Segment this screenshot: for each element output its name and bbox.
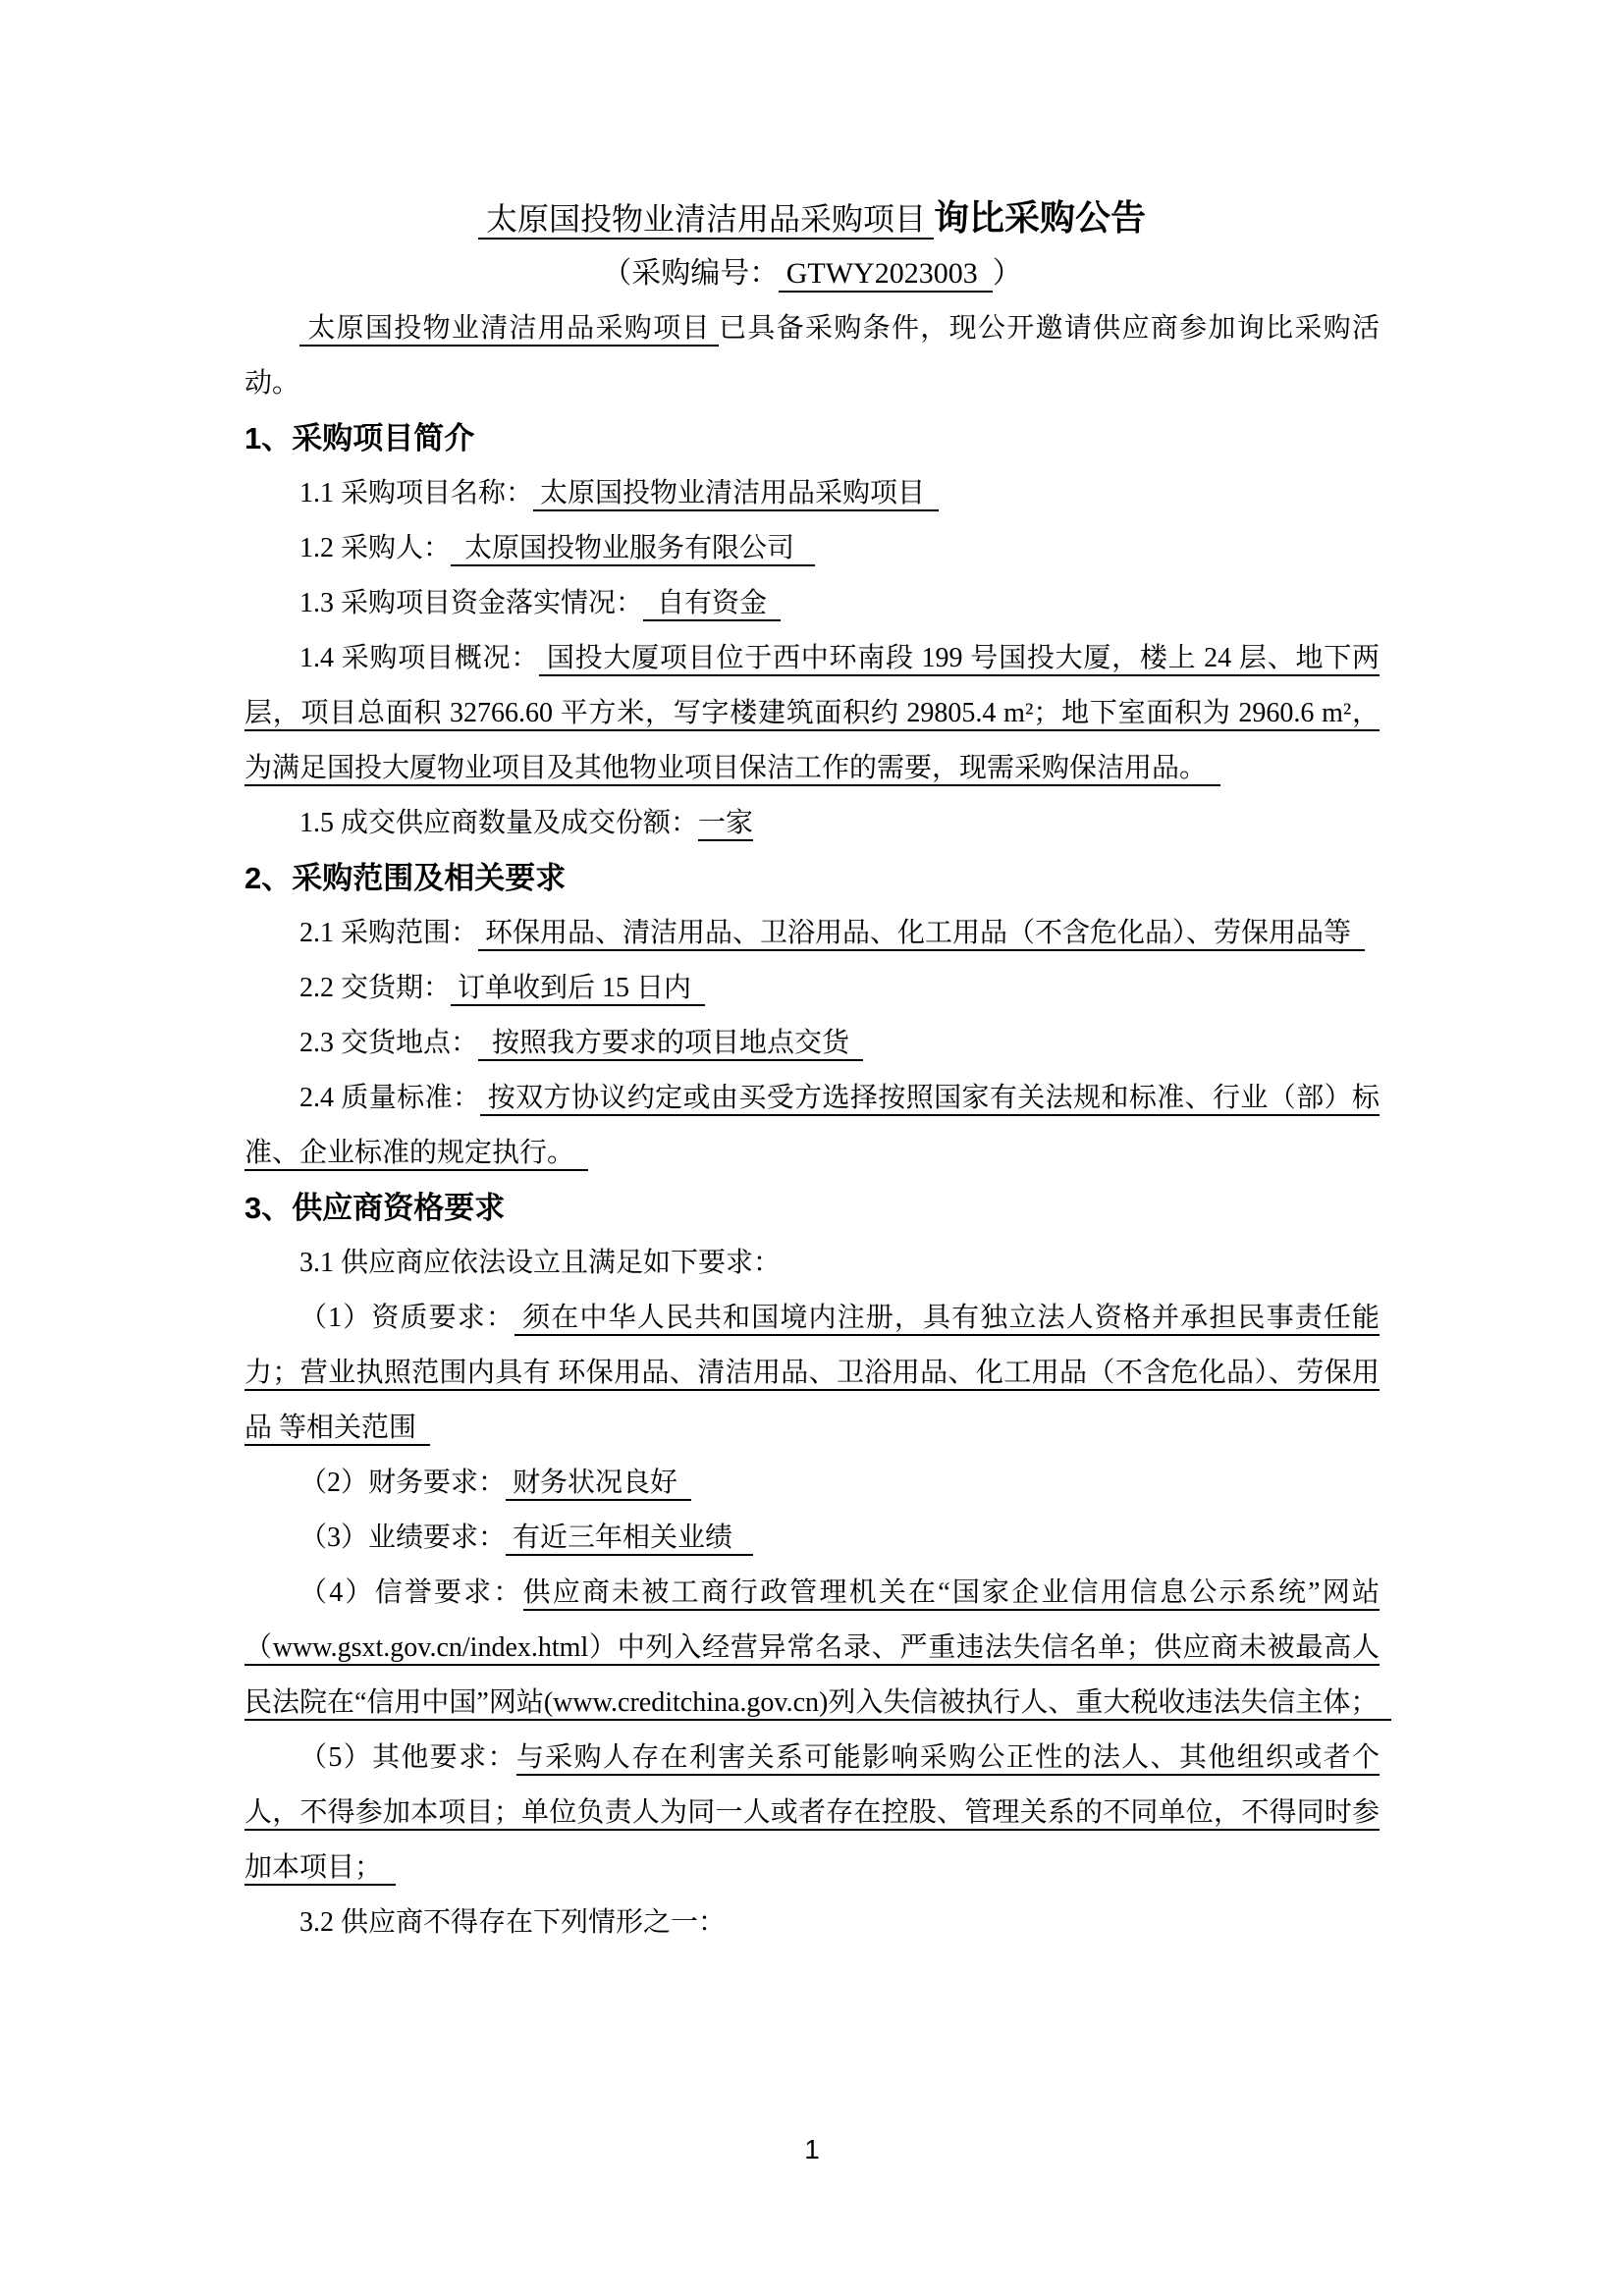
intro-project-name: 太原国投物业清洁用品采购项目 bbox=[299, 313, 719, 347]
item-2-3: 2.3 交货地点： 按照我方要求的项目地点交货 bbox=[244, 1016, 1380, 1071]
item-1-5-label: 1.5 成交供应商数量及成交份额： bbox=[299, 808, 698, 838]
code-suffix: ） bbox=[993, 257, 1022, 290]
item-3-1-req-2: （2）财务要求： 财务状况良好 bbox=[244, 1456, 1380, 1511]
document-body: 太原国投物业清洁用品采购项目 询比采购公告 （采购编号： GTWY2023003… bbox=[244, 190, 1380, 1950]
section-3-heading: 3、供应商资格要求 bbox=[244, 1181, 1380, 1236]
item-1-3: 1.3 采购项目资金落实情况： 自有资金 bbox=[244, 576, 1380, 631]
item-2-3-value: 按照我方要求的项目地点交货 bbox=[478, 1028, 863, 1061]
item-1-3-value: 自有资金 bbox=[643, 588, 781, 621]
req-4-label: （4）信誉要求： bbox=[299, 1577, 523, 1608]
item-1-4: 1.4 采购项目概况： 国投大厦项目位于西中环南段 199 号国投大厦，楼上 2… bbox=[244, 631, 1380, 796]
req-2-label: （2）财务要求： bbox=[299, 1468, 506, 1498]
item-1-2-value: 太原国投物业服务有限公司 bbox=[451, 533, 815, 566]
item-2-3-label: 2.3 交货地点： bbox=[299, 1028, 478, 1058]
item-1-3-label: 1.3 采购项目资金落实情况： bbox=[299, 588, 643, 618]
item-3-2: 3.2 供应商不得存在下列情形之一： bbox=[244, 1896, 1380, 1950]
section-1-heading: 1、采购项目简介 bbox=[244, 411, 1380, 466]
item-1-1-label: 1.1 采购项目名称： bbox=[299, 478, 533, 508]
document-title: 太原国投物业清洁用品采购项目 询比采购公告 bbox=[244, 190, 1380, 246]
item-3-2-label: 3.2 供应商不得存在下列情形之一： bbox=[299, 1907, 726, 1938]
code-prefix: （采购编号： bbox=[602, 257, 779, 290]
item-1-5-value: 一家 bbox=[698, 808, 753, 841]
item-3-1-req-5: （5）其他要求：与采购人存在利害关系可能影响采购公正性的法人、其他组织或者个人，… bbox=[244, 1731, 1380, 1896]
item-2-2: 2.2 交货期： 订单收到后 15 日内 bbox=[244, 961, 1380, 1016]
item-2-1-label: 2.1 采购范围： bbox=[299, 918, 478, 948]
item-3-1-req-3: （3）业绩要求： 有近三年相关业绩 bbox=[244, 1511, 1380, 1566]
req-5-label: （5）其他要求： bbox=[299, 1742, 516, 1773]
document-page: 太原国投物业清洁用品采购项目 询比采购公告 （采购编号： GTWY2023003… bbox=[0, 0, 1624, 2296]
item-1-2-label: 1.2 采购人： bbox=[299, 533, 451, 563]
item-2-4-label: 2.4 质量标准： bbox=[299, 1083, 480, 1113]
item-1-2: 1.2 采购人： 太原国投物业服务有限公司 bbox=[244, 521, 1380, 576]
item-2-2-label: 2.2 交货期： bbox=[299, 973, 451, 1003]
item-3-1-label: 3.1 供应商应依法设立且满足如下要求： bbox=[299, 1248, 781, 1278]
item-2-4: 2.4 质量标准： 按双方协议约定或由买受方选择按照国家有关法规和标准、行业（部… bbox=[244, 1071, 1380, 1181]
req-3-label: （3）业绩要求： bbox=[299, 1522, 506, 1553]
req-2-value: 财务状况良好 bbox=[506, 1468, 691, 1501]
item-1-5: 1.5 成交供应商数量及成交份额：一家 bbox=[244, 796, 1380, 851]
procurement-code-line: （采购编号： GTWY2023003 ） bbox=[244, 246, 1380, 301]
req-3-value: 有近三年相关业绩 bbox=[506, 1522, 753, 1556]
item-1-4-label: 1.4 采购项目概况： bbox=[299, 643, 539, 673]
item-3-1-req-4: （4）信誉要求：供应商未被工商行政管理机关在“国家企业信用信息公示系统”网站（w… bbox=[244, 1566, 1380, 1731]
item-2-2-value: 订单收到后 15 日内 bbox=[451, 973, 705, 1006]
item-2-1-value: 环保用品、清洁用品、卫浴用品、化工用品（不含危化品）、劳保用品等 bbox=[478, 918, 1365, 951]
item-1-1-value: 太原国投物业清洁用品采购项目 bbox=[533, 478, 939, 511]
title-project-name: 太原国投物业清洁用品采购项目 bbox=[478, 201, 934, 240]
item-3-1-req-1: （1）资质要求： 须在中华人民共和国境内注册，具有独立法人资格并承担民事责任能力… bbox=[244, 1291, 1380, 1456]
item-1-1: 1.1 采购项目名称： 太原国投物业清洁用品采购项目 bbox=[244, 466, 1380, 521]
section-2-heading: 2、采购范围及相关要求 bbox=[244, 851, 1380, 906]
intro-paragraph: 太原国投物业清洁用品采购项目 已具备采购条件，现公开邀请供应商参加询比采购活动。 bbox=[244, 301, 1380, 411]
code-value: GTWY2023003 bbox=[779, 257, 992, 293]
page-number: 1 bbox=[0, 2122, 1624, 2177]
item-3-1: 3.1 供应商应依法设立且满足如下要求： bbox=[244, 1236, 1380, 1291]
item-2-1: 2.1 采购范围： 环保用品、清洁用品、卫浴用品、化工用品（不含危化品）、劳保用… bbox=[244, 906, 1380, 961]
title-announcement-type: 询比采购公告 bbox=[934, 197, 1146, 238]
req-1-label: （1）资质要求： bbox=[299, 1303, 514, 1333]
